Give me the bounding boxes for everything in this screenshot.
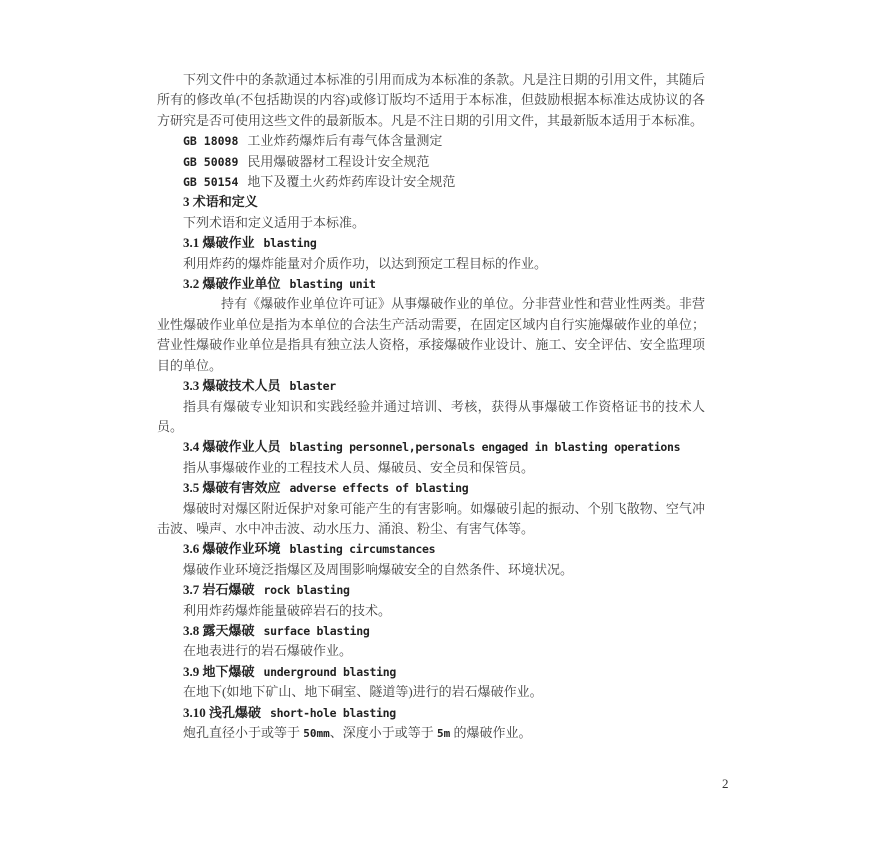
- definition-3-5-body: 爆破时对爆区附近保护对象可能产生的有害影响。如爆破引起的振动、个别飞散物、空气冲…: [157, 499, 705, 540]
- definition-text-part: 、深度小于或等于: [330, 725, 437, 740]
- heading-terms-and-definitions: 3 术语和定义: [157, 192, 705, 212]
- intro-paragraph: 下列文件中的条款通过本标准的引用而成为本标准的条款。凡是注日期的引用文件，其随后…: [157, 70, 705, 131]
- definition-3-7-body: 利用炸药爆炸能量破碎岩石的技术。: [157, 601, 705, 621]
- reference-code: GB 50154: [183, 175, 238, 189]
- definition-3-4-body: 指从事爆破作业的工程技术人员、爆破员、安全员和保管员。: [157, 458, 705, 478]
- measurement-value: 50mm: [303, 727, 330, 740]
- reference-gb-50154: GB 50154地下及覆土火药炸药库设计安全规范: [157, 172, 705, 192]
- heading-zh: 3.4 爆破作业人员: [183, 439, 281, 454]
- heading-en: blasting: [264, 236, 317, 250]
- heading-3-1: 3.1 爆破作业blasting: [157, 233, 705, 253]
- heading-en: blasting personnel,personals engaged in …: [290, 440, 681, 454]
- reference-code: GB 18098: [183, 134, 238, 148]
- heading-zh: 3.5 爆破有害效应: [183, 480, 281, 495]
- reference-gb-18098: GB 18098工业炸药爆炸后有毒气体含量测定: [157, 131, 705, 151]
- reference-code: GB 50089: [183, 155, 238, 169]
- heading-en: blasting circumstances: [290, 542, 436, 556]
- heading-zh: 3.8 露天爆破: [183, 623, 255, 638]
- heading-3-5: 3.5 爆破有害效应adverse effects of blasting: [157, 478, 705, 498]
- measurement-value: 5m: [437, 727, 450, 740]
- terms-scope-paragraph: 下列术语和定义适用于本标准。: [157, 213, 705, 233]
- heading-zh: 3 术语和定义: [183, 194, 258, 209]
- document-page: 下列文件中的条款通过本标准的引用而成为本标准的条款。凡是注日期的引用文件，其随后…: [0, 0, 870, 842]
- heading-en: blasting unit: [290, 277, 376, 291]
- heading-en: blaster: [290, 379, 336, 393]
- definition-3-8-body: 在地表进行的岩石爆破作业。: [157, 641, 705, 661]
- heading-3-10: 3.10 浅孔爆破short-hole blasting: [157, 703, 705, 723]
- definition-3-2-body: 持有《爆破作业单位许可证》从事爆破作业的单位。分非营业性和营业性两类。非营业性爆…: [157, 294, 705, 376]
- reference-title: 地下及覆土火药炸药库设计安全规范: [247, 174, 455, 189]
- document-content: 下列文件中的条款通过本标准的引用而成为本标准的条款。凡是注日期的引用文件，其随后…: [157, 70, 705, 744]
- heading-en: rock blasting: [264, 583, 350, 597]
- heading-3-7: 3.7 岩石爆破rock blasting: [157, 580, 705, 600]
- heading-zh: 3.9 地下爆破: [183, 664, 255, 679]
- heading-zh: 3.2 爆破作业单位: [183, 276, 281, 291]
- reference-title: 民用爆破器材工程设计安全规范: [247, 154, 429, 169]
- definition-3-9-body: 在地下(如地下矿山、地下硐室、隧道等)进行的岩石爆破作业。: [157, 682, 705, 702]
- heading-zh: 3.10 浅孔爆破: [183, 705, 261, 720]
- definition-text-part: 炮孔直径小于或等于: [183, 725, 303, 740]
- heading-3-4: 3.4 爆破作业人员blasting personnel,personals e…: [157, 437, 705, 457]
- reference-gb-50089: GB 50089民用爆破器材工程设计安全规范: [157, 152, 705, 172]
- heading-en: adverse effects of blasting: [290, 481, 469, 495]
- definition-3-1-body: 利用炸药的爆炸能量对介质作功，以达到预定工程目标的作业。: [157, 254, 705, 274]
- heading-3-8: 3.8 露天爆破surface blasting: [157, 621, 705, 641]
- heading-3-3: 3.3 爆破技术人员blaster: [157, 376, 705, 396]
- heading-en: surface blasting: [264, 624, 370, 638]
- heading-zh: 3.3 爆破技术人员: [183, 378, 281, 393]
- definition-3-6-body: 爆破作业环境泛指爆区及周围影响爆破安全的自然条件、环境状况。: [157, 560, 705, 580]
- definition-text-part: 的爆破作业。: [450, 725, 531, 740]
- definition-3-3-body: 指具有爆破专业知识和实践经验并通过培训、考核，获得从事爆破工作资格证书的技术人员…: [157, 397, 705, 438]
- heading-zh: 3.1 爆破作业: [183, 235, 255, 250]
- heading-3-6: 3.6 爆破作业环境blasting circumstances: [157, 539, 705, 559]
- definition-3-10-body: 炮孔直径小于或等于 50mm、深度小于或等于 5m 的爆破作业。: [157, 723, 705, 744]
- heading-en: underground blasting: [264, 665, 396, 679]
- reference-title: 工业炸药爆炸后有毒气体含量测定: [247, 133, 442, 148]
- heading-3-2: 3.2 爆破作业单位blasting unit: [157, 274, 705, 294]
- heading-3-9: 3.9 地下爆破underground blasting: [157, 662, 705, 682]
- heading-zh: 3.6 爆破作业环境: [183, 541, 281, 556]
- heading-en: short-hole blasting: [270, 706, 396, 720]
- heading-zh: 3.7 岩石爆破: [183, 582, 255, 597]
- page-number: 2: [722, 776, 729, 792]
